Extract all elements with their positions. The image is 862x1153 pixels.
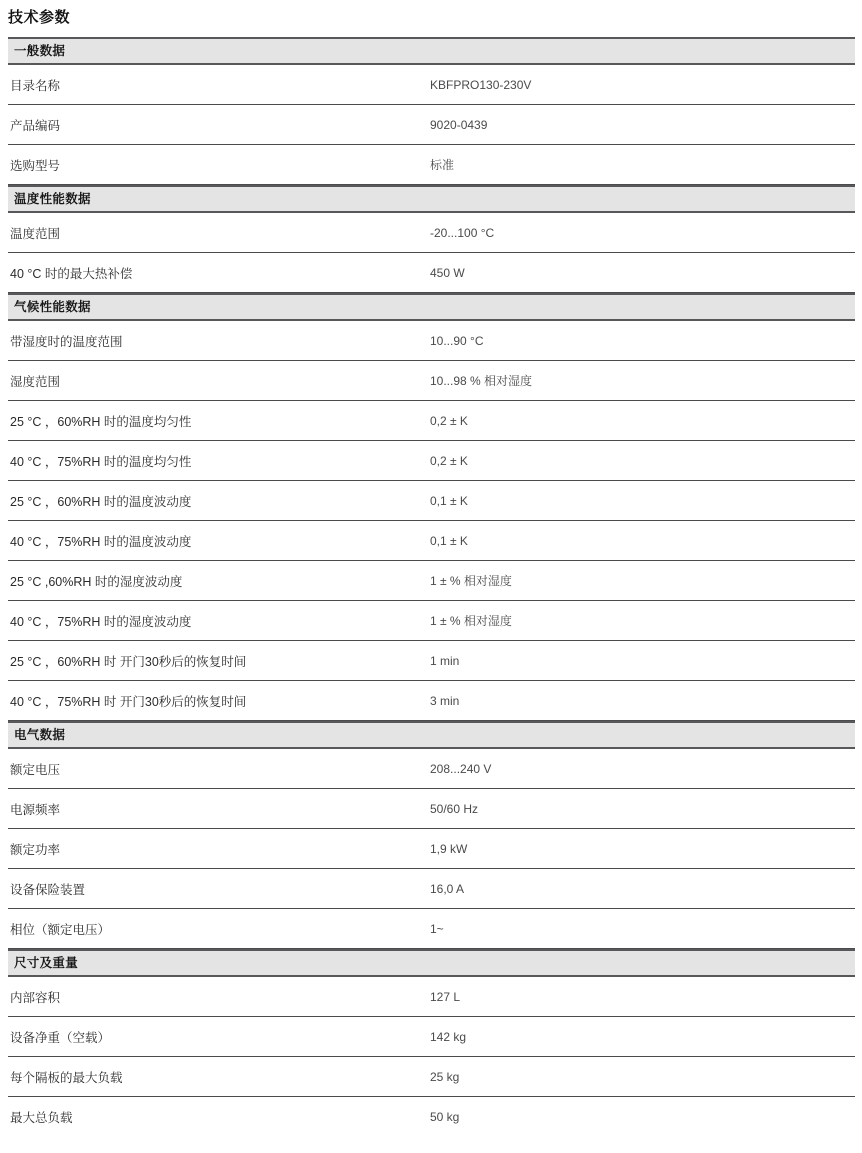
- row-value: 1 ± % 相对湿度: [430, 612, 855, 629]
- table-row: 25 °C ，60%RH 时的温度均匀性0,2 ± K: [8, 401, 855, 441]
- section-header: 气候性能数据: [8, 293, 855, 321]
- section-header: 一般数据: [8, 37, 855, 65]
- row-label: 目录名称: [8, 76, 430, 94]
- row-label: 设备保险装置: [8, 880, 430, 898]
- table-row: 目录名称KBFPRO130-230V: [8, 65, 855, 105]
- table-row: 设备保险装置16,0 A: [8, 869, 855, 909]
- row-value: 16,0 A: [430, 882, 855, 896]
- table-row: 40 °C ，75%RH 时的湿度波动度1 ± % 相对湿度: [8, 601, 855, 641]
- row-label: 25 °C ，60%RH 时的温度均匀性: [8, 412, 430, 430]
- row-value: 10...98 % 相对湿度: [430, 372, 855, 389]
- table-row: 额定功率1,9 kW: [8, 829, 855, 869]
- row-label: 每个隔板的最大负载: [8, 1068, 430, 1086]
- table-row: 内部容积127 L: [8, 977, 855, 1017]
- row-label: 40 °C ，75%RH 时的湿度波动度: [8, 612, 430, 630]
- table-row: 设备净重（空载）142 kg: [8, 1017, 855, 1057]
- row-label: 40 °C ，75%RH 时的温度波动度: [8, 532, 430, 550]
- row-value: 142 kg: [430, 1030, 855, 1044]
- row-value: -20...100 °C: [430, 226, 855, 240]
- row-value: 450 W: [430, 266, 855, 280]
- row-label: 最大总负载: [8, 1108, 430, 1126]
- row-label: 带湿度时的温度范围: [8, 332, 430, 350]
- table-row: 25 °C ，60%RH 时的温度波动度0,1 ± K: [8, 481, 855, 521]
- row-label: 电源频率: [8, 800, 430, 818]
- row-label: 额定电压: [8, 760, 430, 778]
- row-value: KBFPRO130-230V: [430, 78, 855, 92]
- row-value: 1 ± % 相对湿度: [430, 572, 855, 589]
- row-label: 内部容积: [8, 988, 430, 1006]
- table-row: 最大总负载50 kg: [8, 1097, 855, 1136]
- row-value: 50/60 Hz: [430, 802, 855, 816]
- row-value: 0,1 ± K: [430, 534, 855, 548]
- table-row: 湿度范围10...98 % 相对湿度: [8, 361, 855, 401]
- table-row: 带湿度时的温度范围10...90 °C: [8, 321, 855, 361]
- spec-table: 一般数据目录名称KBFPRO130-230V产品编码9020-0439选购型号标…: [8, 37, 855, 1136]
- row-value: 1,9 kW: [430, 842, 855, 856]
- section-header: 温度性能数据: [8, 185, 855, 213]
- section-header: 尺寸及重量: [8, 949, 855, 977]
- row-label: 额定功率: [8, 840, 430, 858]
- page-title: 技术参数: [0, 0, 862, 37]
- table-row: 25 °C ，60%RH 时 开门30秒后的恢复时间1 min: [8, 641, 855, 681]
- table-row: 25 °C ,60%RH 时的湿度波动度1 ± % 相对湿度: [8, 561, 855, 601]
- spec-page: 技术参数 一般数据目录名称KBFPRO130-230V产品编码9020-0439…: [0, 0, 862, 1153]
- row-value: 1~: [430, 922, 855, 936]
- row-label: 25 °C ，60%RH 时 开门30秒后的恢复时间: [8, 652, 430, 670]
- row-value: 9020-0439: [430, 118, 855, 132]
- row-value: 0,2 ± K: [430, 454, 855, 468]
- table-row: 40 °C ，75%RH 时的温度波动度0,1 ± K: [8, 521, 855, 561]
- table-row: 相位（额定电压）1~: [8, 909, 855, 949]
- row-value: 10...90 °C: [430, 334, 855, 348]
- row-label: 湿度范围: [8, 372, 430, 390]
- row-value: 标准: [430, 156, 855, 173]
- row-label: 相位（额定电压）: [8, 920, 430, 938]
- row-value: 1 min: [430, 654, 855, 668]
- section-header: 电气数据: [8, 721, 855, 749]
- row-label: 25 °C ,60%RH 时的湿度波动度: [8, 572, 430, 590]
- row-value: 3 min: [430, 694, 855, 708]
- row-label: 40 °C ，75%RH 时的温度均匀性: [8, 452, 430, 470]
- row-label: 40 °C ，75%RH 时 开门30秒后的恢复时间: [8, 692, 430, 710]
- table-row: 40 °C ，75%RH 时 开门30秒后的恢复时间3 min: [8, 681, 855, 721]
- table-row: 产品编码9020-0439: [8, 105, 855, 145]
- table-row: 温度范围-20...100 °C: [8, 213, 855, 253]
- table-row: 40 °C ，75%RH 时的温度均匀性0,2 ± K: [8, 441, 855, 481]
- row-value: 208...240 V: [430, 762, 855, 776]
- table-row: 选购型号标准: [8, 145, 855, 185]
- row-label: 温度范围: [8, 224, 430, 242]
- row-label: 25 °C ，60%RH 时的温度波动度: [8, 492, 430, 510]
- row-label: 选购型号: [8, 156, 430, 174]
- table-row: 额定电压208...240 V: [8, 749, 855, 789]
- row-value: 50 kg: [430, 1110, 855, 1124]
- row-label: 40 °C 时的最大热补偿: [8, 264, 430, 282]
- row-value: 0,2 ± K: [430, 414, 855, 428]
- table-row: 40 °C 时的最大热补偿450 W: [8, 253, 855, 293]
- table-row: 电源频率50/60 Hz: [8, 789, 855, 829]
- row-label: 设备净重（空载）: [8, 1028, 430, 1046]
- row-label: 产品编码: [8, 116, 430, 134]
- row-value: 127 L: [430, 990, 855, 1004]
- row-value: 25 kg: [430, 1070, 855, 1084]
- row-value: 0,1 ± K: [430, 494, 855, 508]
- table-row: 每个隔板的最大负载25 kg: [8, 1057, 855, 1097]
